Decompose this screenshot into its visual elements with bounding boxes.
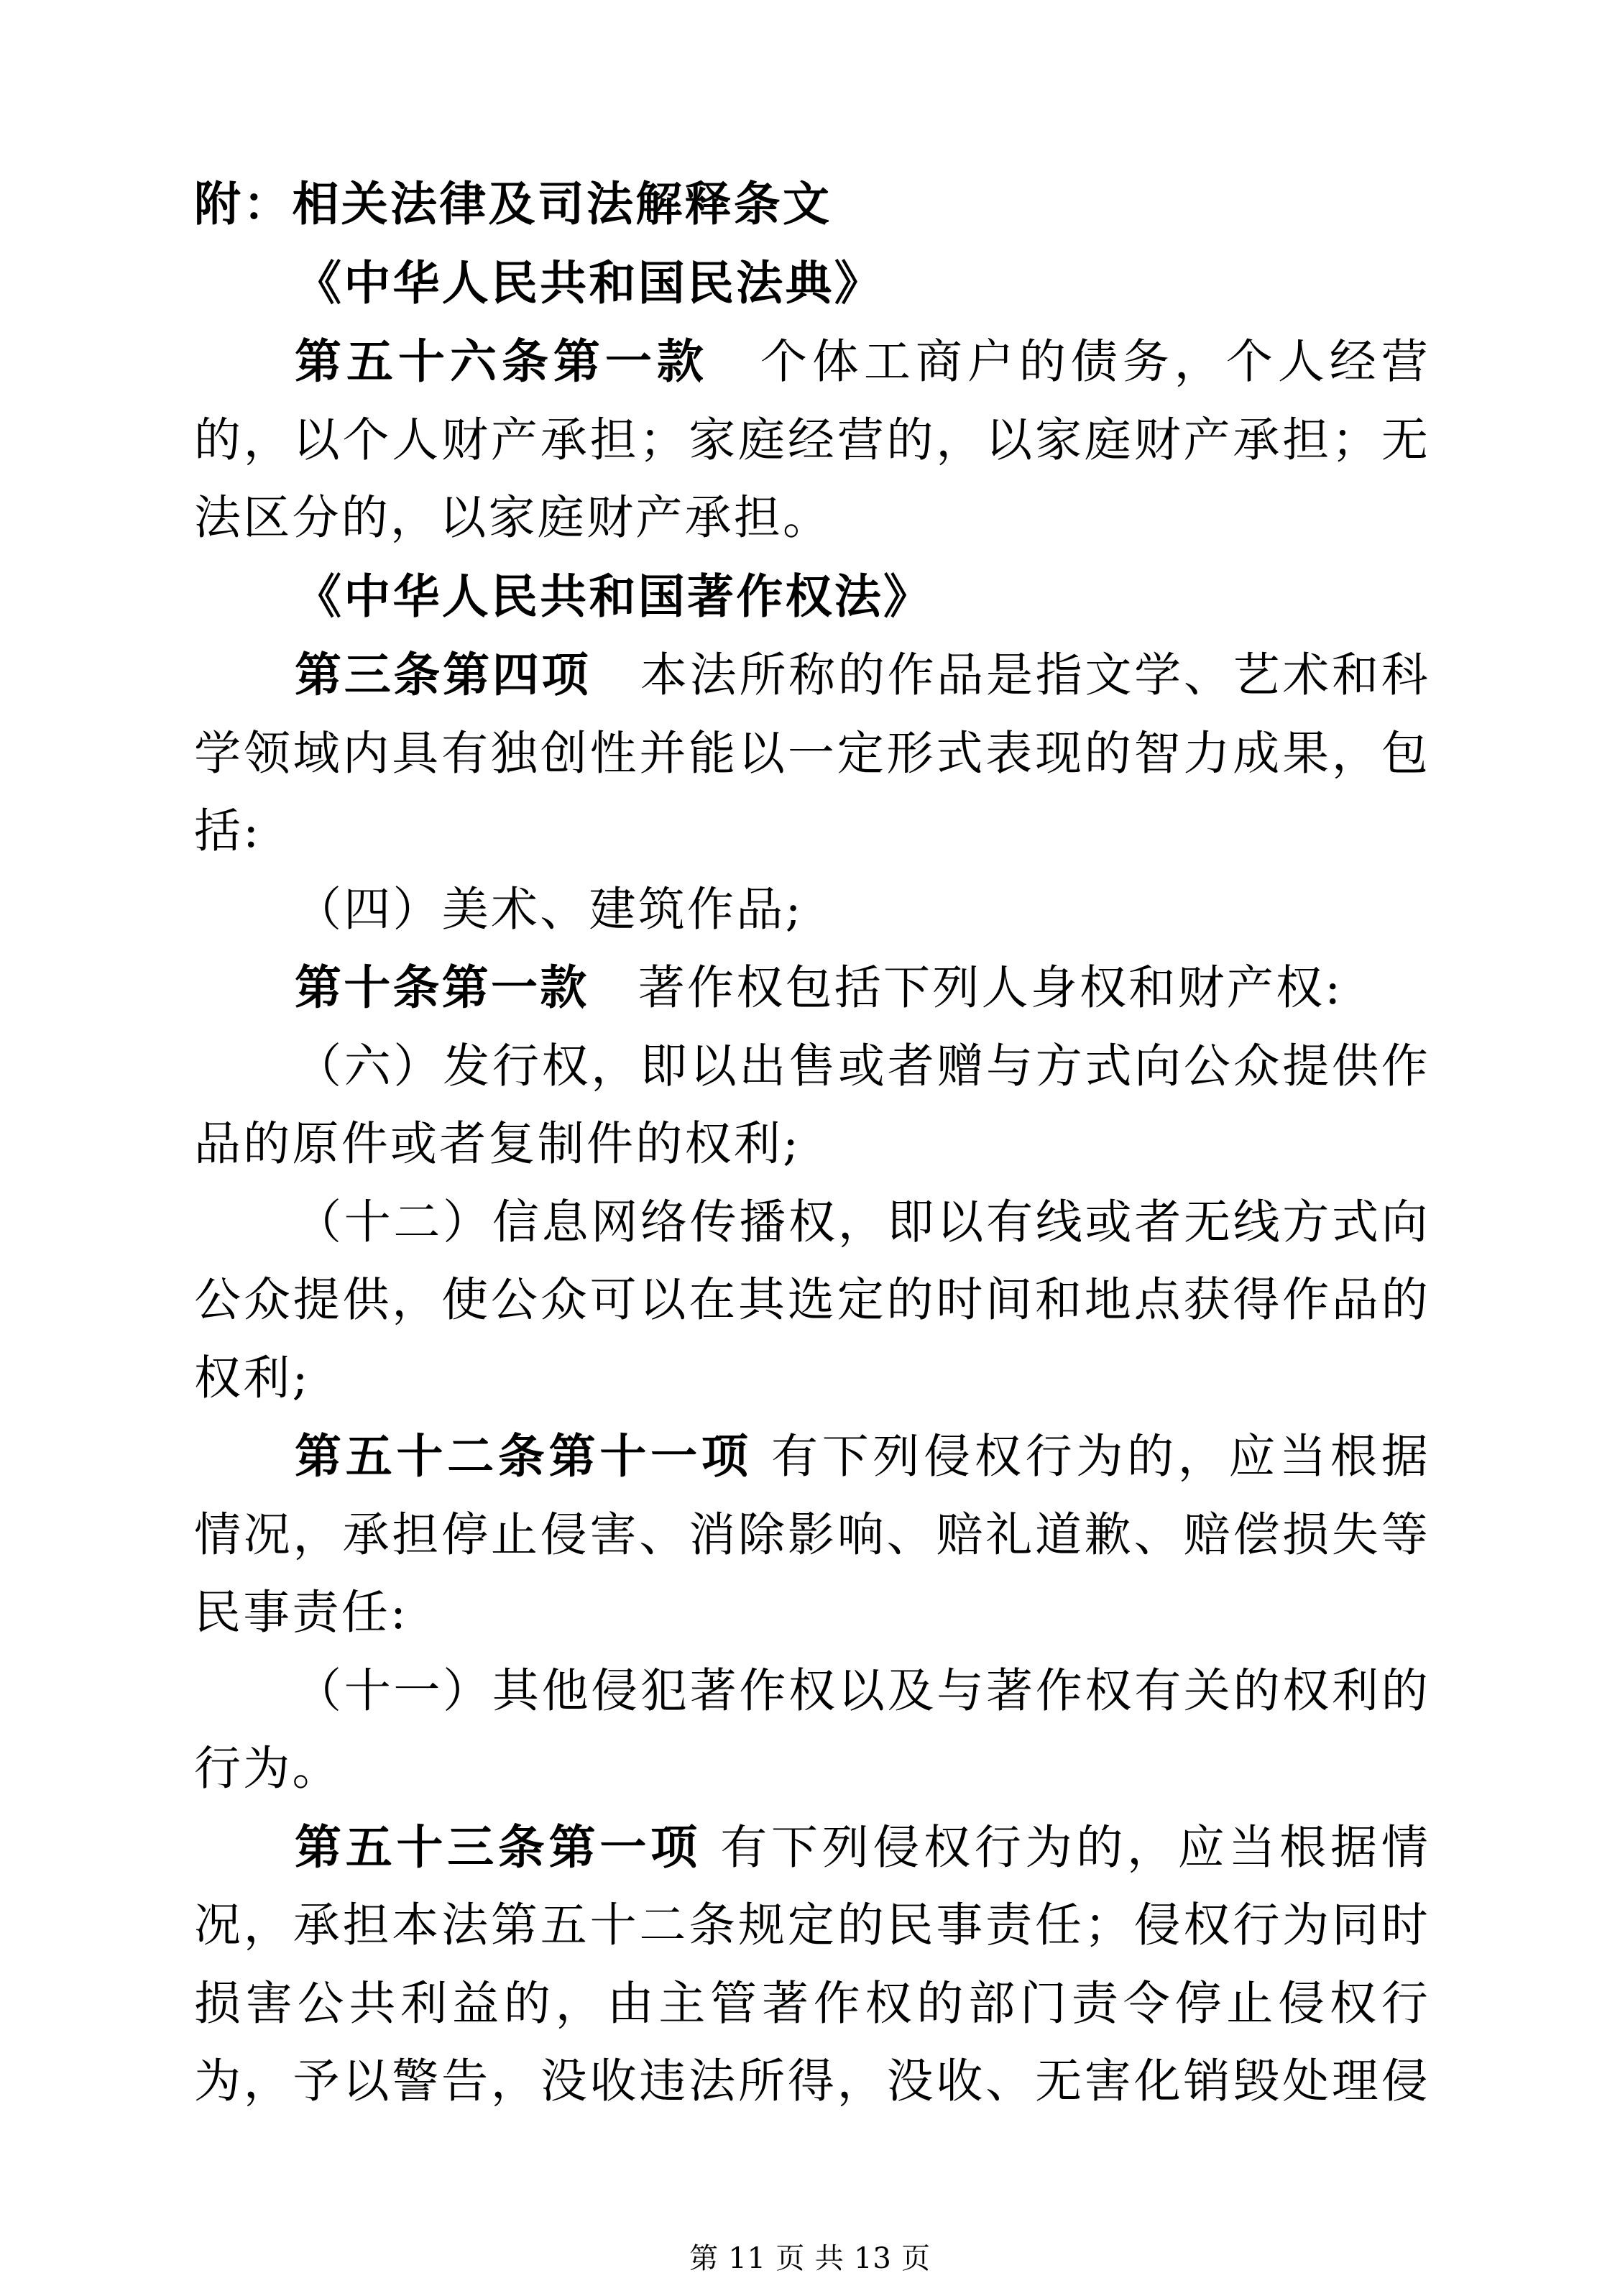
article-ref: 第五十二条第十一项: [295, 1429, 753, 1484]
paragraph: 第十条第一款 著作权包括下列人身权和财产权:: [194, 949, 1430, 1028]
text-segment: （四）美术、建筑作品;: [295, 883, 804, 937]
paragraph: 附：相关法律及司法解释条文: [194, 165, 1430, 244]
paragraph: 《中华人民共和国著作权法》: [194, 558, 1430, 637]
paragraph: 第三条第四项 本法所称的作品是指文学、艺术和科学领域内具有独创性并能以一定形式表…: [194, 636, 1430, 871]
document-page: 附：相关法律及司法解释条文《中华人民共和国民法典》第五十六条第一款 个体工商户的…: [0, 0, 1620, 2296]
article-ref: 《中华人民共和国民法典》: [295, 256, 883, 311]
paragraph: （十二）信息网络传播权，即以有线或者无线方式向公众提供，使公众可以在其选定的时间…: [194, 1184, 1430, 1418]
article-ref: 第五十三条第一项: [295, 1820, 701, 1875]
document-body: 附：相关法律及司法解释条文《中华人民共和国民法典》第五十六条第一款 个体工商户的…: [194, 165, 1430, 2121]
text-segment: （六）发行权，即以出售或者赠与方式向公众提供作品的原件或者复制件的权利;: [194, 1039, 1430, 1172]
page-footer: 第 11 页 共 13 页: [0, 2241, 1620, 2276]
paragraph: 第五十三条第一项 有下列侵权行为的，应当根据情况，承担本法第五十二条规定的民事责…: [194, 1809, 1430, 2121]
article-ref: 第五十六条第一款: [295, 334, 709, 389]
article-ref: 《中华人民共和国著作权法》: [295, 569, 932, 624]
article-ref: 第十条第一款: [295, 960, 589, 1015]
paragraph: （十一）其他侵犯著作权以及与著作权有关的权利的行为。: [194, 1653, 1430, 1809]
text-segment: （十一）其他侵犯著作权以及与著作权有关的权利的行为。: [194, 1664, 1430, 1796]
paragraph: （四）美术、建筑作品;: [194, 871, 1430, 950]
text-segment: 著作权包括下列人身权和财产权:: [589, 961, 1343, 1015]
paragraph: 《中华人民共和国民法典》: [194, 244, 1430, 323]
article-ref: 第三条第四项: [295, 648, 591, 702]
text-segment: （十二）信息网络传播权，即以有线或者无线方式向公众提供，使公众可以在其选定的时间…: [194, 1195, 1430, 1405]
paragraph: 第五十六条第一款 个体工商户的债务，个人经营的，以个人财产承担；家庭经营的，以家…: [194, 323, 1430, 558]
article-ref: 附：相关法律及司法解释条文: [194, 177, 832, 231]
paragraph: （六）发行权，即以出售或者赠与方式向公众提供作品的原件或者复制件的权利;: [194, 1028, 1430, 1184]
paragraph: 第五十二条第十一项 有下列侵权行为的，应当根据情况，承担停止侵害、消除影响、赔礼…: [194, 1418, 1430, 1653]
